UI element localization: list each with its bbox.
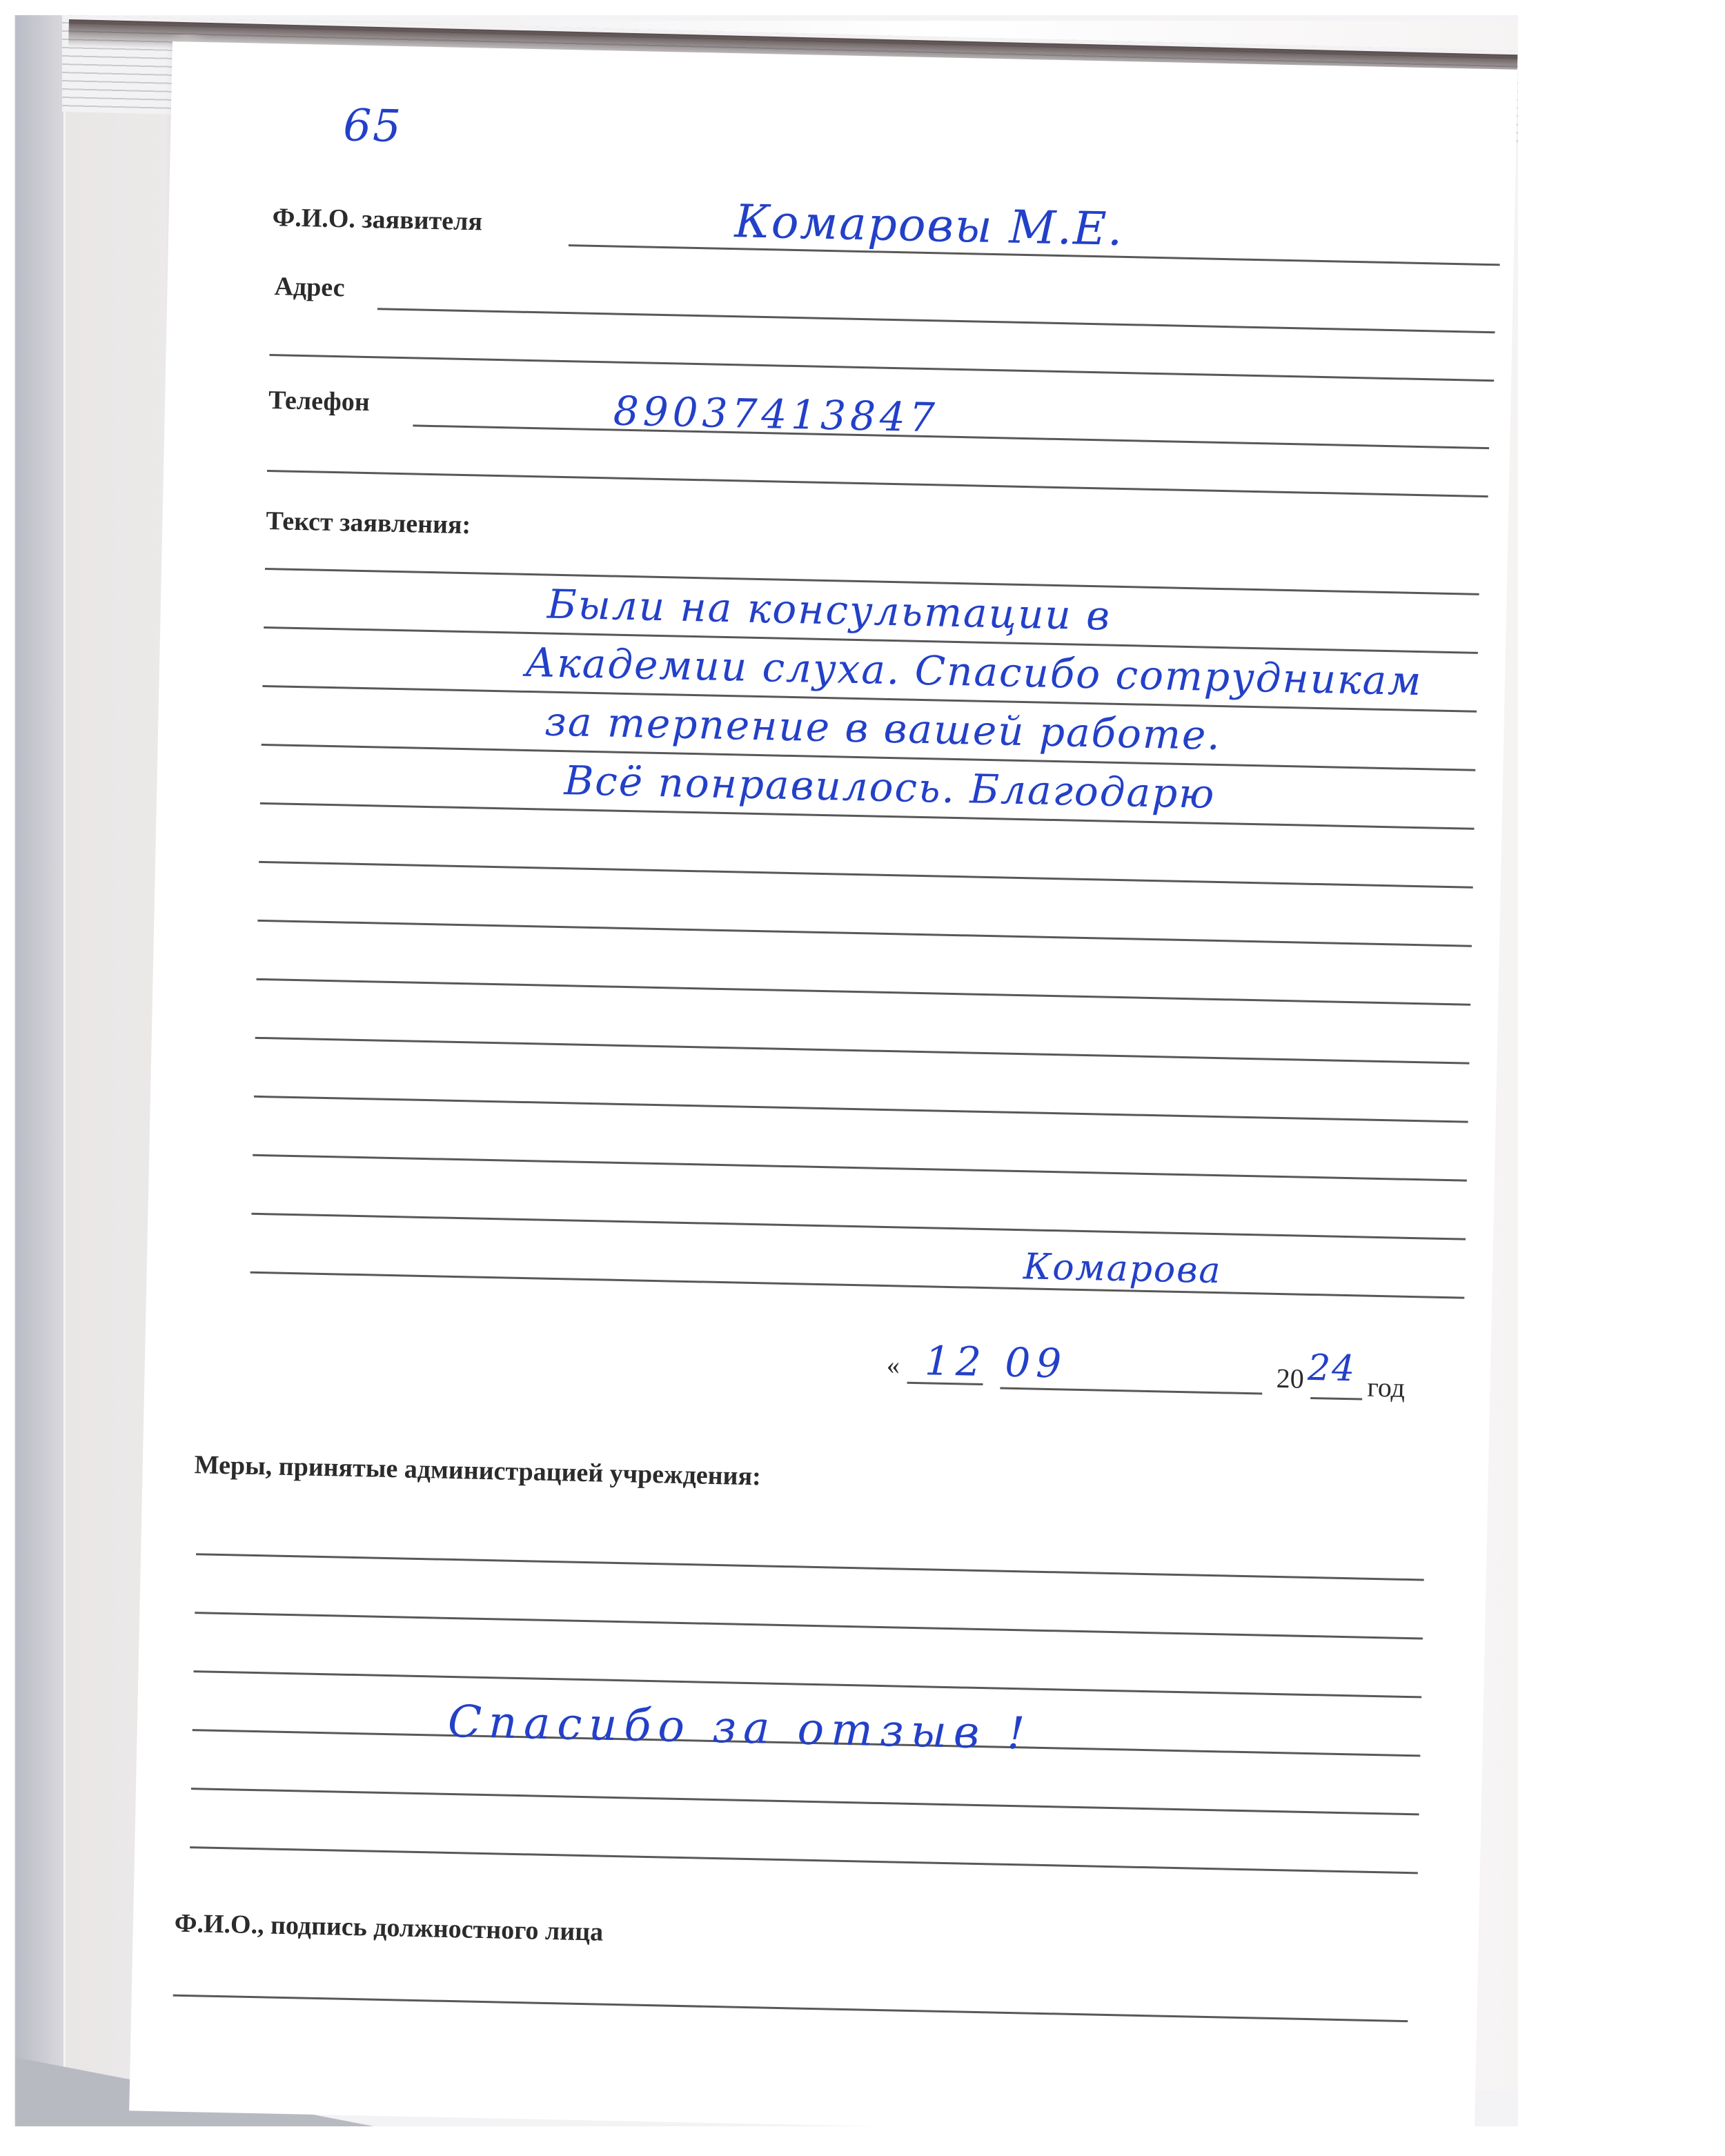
statement-line-8 xyxy=(257,978,1471,1006)
date-year-line xyxy=(1310,1397,1362,1401)
admin-line-3 xyxy=(193,1670,1421,1698)
date-year-suffix[interactable]: 24 xyxy=(1307,1347,1356,1389)
applicant-signature: Комарова xyxy=(1023,1246,1222,1292)
statement-text-line-4: Всё понравилось. Благодарю xyxy=(564,757,1216,818)
address-line-1 xyxy=(377,308,1495,333)
statement-line-13 xyxy=(250,1272,1465,1299)
statement-text-line-3: за терпение в вашей работе. xyxy=(544,698,1222,760)
scan-left-edge xyxy=(15,15,63,2126)
page-number-handwritten: 65 xyxy=(343,100,403,152)
applicant-name-value[interactable]: Комаровы М.Е. xyxy=(734,195,1124,256)
statement-line-6 xyxy=(259,861,1473,889)
statement-line-7 xyxy=(257,920,1472,947)
date-open-quote: « xyxy=(887,1350,900,1381)
statement-line-11 xyxy=(253,1154,1467,1182)
admin-line-5 xyxy=(191,1788,1419,1815)
official-signature-line xyxy=(173,1995,1408,2022)
applicant-name-label: Ф.И.О. заявителя xyxy=(272,202,482,237)
date-month-line xyxy=(1000,1387,1262,1395)
statement-text-line-1: Были на консультации в xyxy=(546,581,1111,640)
statement-line-10 xyxy=(254,1096,1468,1123)
phone-value[interactable]: 89037413847 xyxy=(613,388,939,442)
admin-line-6 xyxy=(190,1846,1418,1874)
admin-measures-label: Меры, принятые администрацией учреждения… xyxy=(194,1450,761,1492)
statement-label: Текст заявления: xyxy=(266,506,471,540)
phone-line-1 xyxy=(413,424,1489,449)
official-signature-label: Ф.И.О., подпись должностного лица xyxy=(174,1908,603,1948)
statement-line-12 xyxy=(251,1213,1466,1240)
date-year-word: год xyxy=(1367,1371,1406,1404)
date-day-month[interactable]: 12 09 xyxy=(924,1337,1067,1387)
admin-response-text[interactable]: Спасибо за отзыв ! xyxy=(447,1697,1032,1760)
statement-line-9 xyxy=(255,1037,1470,1065)
address-label: Адрес xyxy=(274,271,345,303)
date-year-prefix: 20 xyxy=(1276,1362,1304,1395)
phone-line-2 xyxy=(267,470,1488,497)
admin-line-2 xyxy=(195,1612,1423,1639)
address-line-2 xyxy=(269,354,1494,382)
admin-line-1 xyxy=(196,1553,1424,1581)
phone-label: Телефон xyxy=(268,385,370,417)
complaint-form-sheet: 65 Ф.И.О. заявителя Комаровы М.Е. Адрес … xyxy=(129,41,1517,2139)
